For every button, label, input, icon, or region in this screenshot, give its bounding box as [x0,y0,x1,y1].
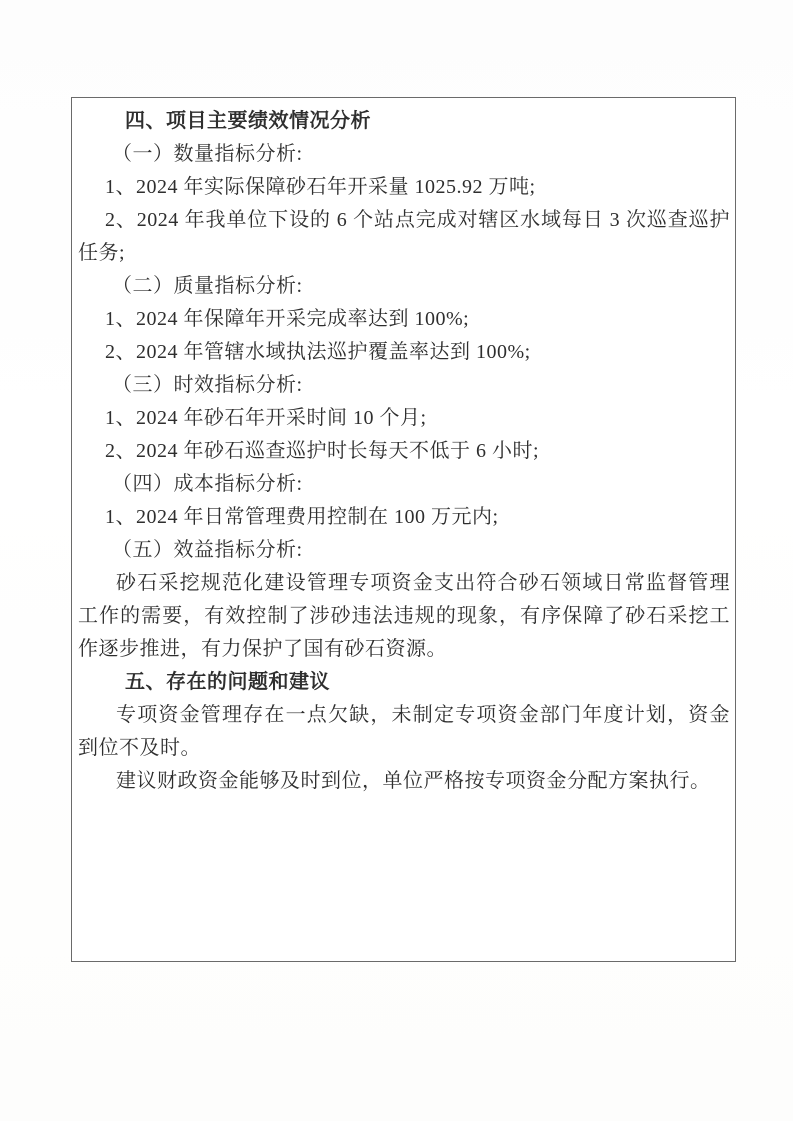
body-paragraph: 建议财政资金能够及时到位，单位严格按专项资金分配方案执行。 [78,765,730,798]
sub-heading: （四）成本指标分析: [78,468,730,501]
list-item: 1、2024 年实际保障砂石年开采量 1025.92 万吨; [78,171,730,204]
list-item: 1、2024 年保障年开采完成率达到 100%; [78,303,730,336]
sub-heading: （二）质量指标分析: [78,270,730,303]
list-item: 2、2024 年我单位下设的 6 个站点完成对辖区水域每日 3 次巡查巡护任务; [78,204,730,270]
report-body: 四、项目主要绩效情况分析（一）数量指标分析:1、2024 年实际保障砂石年开采量… [78,105,730,798]
list-item: 1、2024 年砂石年开采时间 10 个月; [78,402,730,435]
body-paragraph: 砂石采挖规范化建设管理专项资金支出符合砂石领域日常监督管理工作的需要，有效控制了… [78,567,730,666]
report-table-cell: 四、项目主要绩效情况分析（一）数量指标分析:1、2024 年实际保障砂石年开采量… [71,97,736,962]
body-paragraph: 专项资金管理存在一点欠缺，未制定专项资金部门年度计划，资金到位不及时。 [78,699,730,765]
sub-heading: （五）效益指标分析: [78,534,730,567]
list-item: 1、2024 年日常管理费用控制在 100 万元内; [78,501,730,534]
section-heading: 五、存在的问题和建议 [78,666,730,699]
list-item: 2、2024 年砂石巡查巡护时长每天不低于 6 小时; [78,435,730,468]
sub-heading: （三）时效指标分析: [78,369,730,402]
list-item: 2、2024 年管辖水域执法巡护覆盖率达到 100%; [78,336,730,369]
section-heading: 四、项目主要绩效情况分析 [78,105,730,138]
scanned-page: 四、项目主要绩效情况分析（一）数量指标分析:1、2024 年实际保障砂石年开采量… [0,0,793,1121]
sub-heading: （一）数量指标分析: [78,138,730,171]
